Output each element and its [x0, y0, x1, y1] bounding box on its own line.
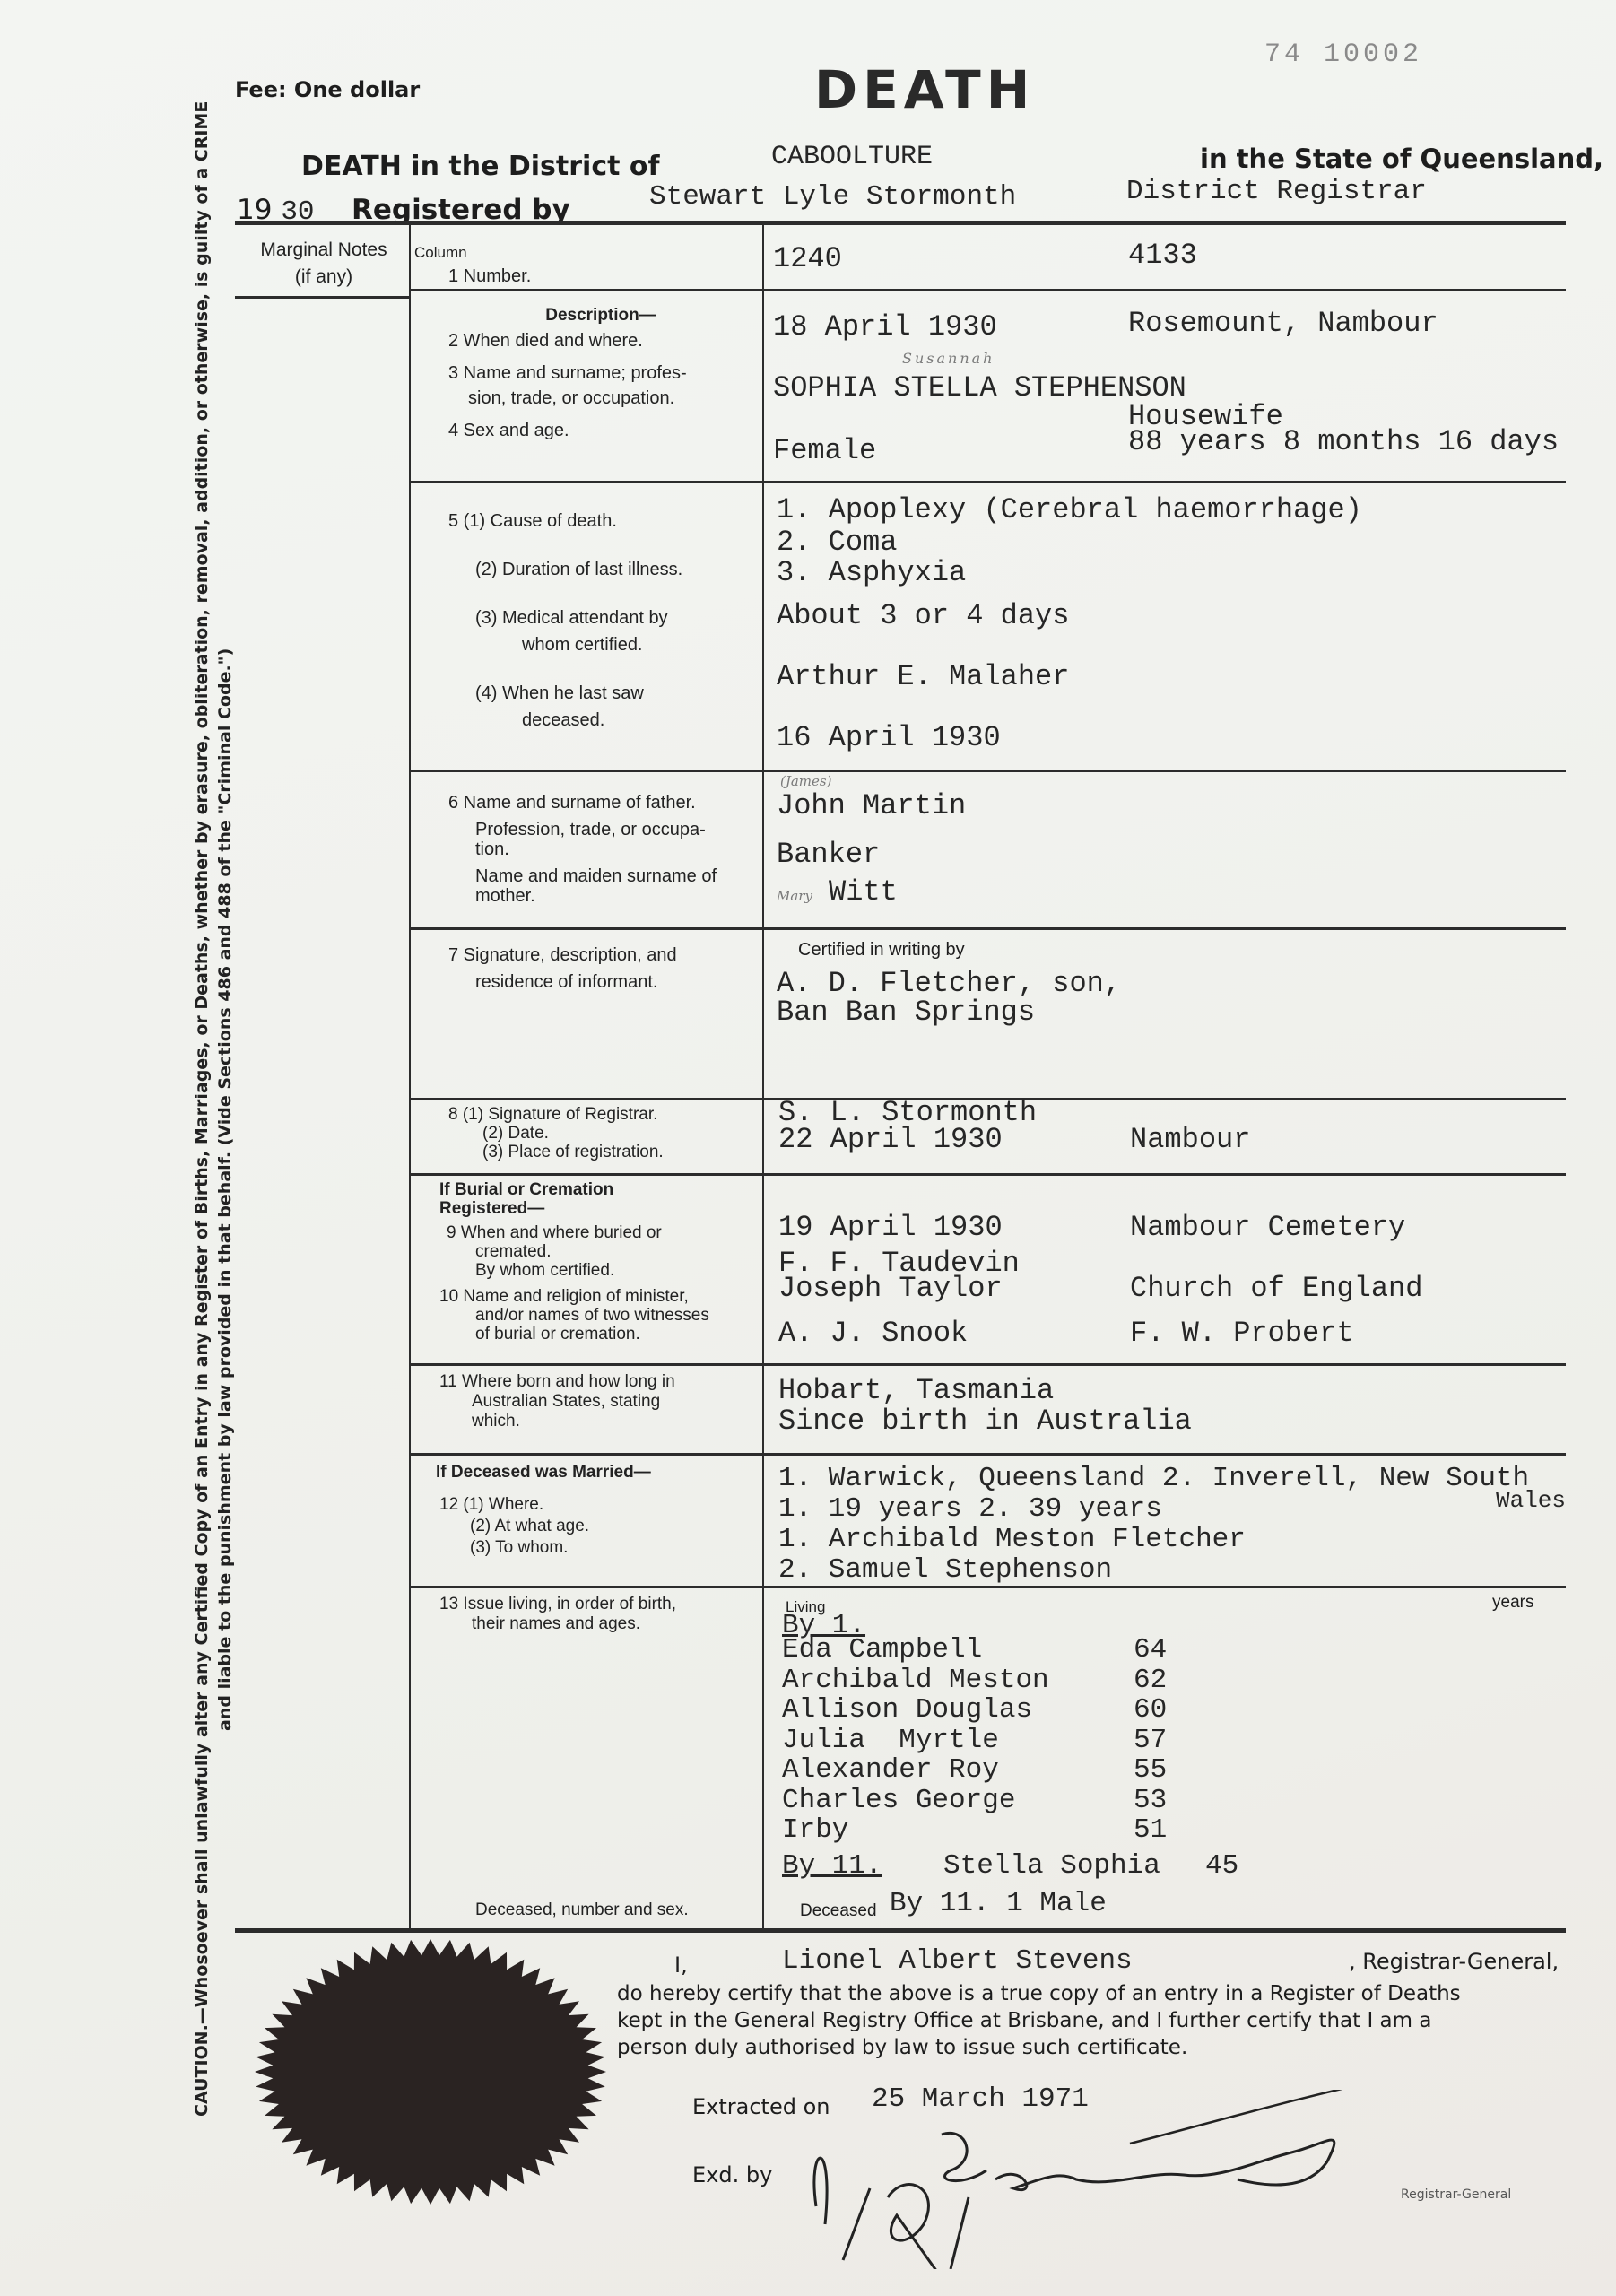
table-top-rule [235, 221, 1566, 225]
label-witnesses: and/or names of two witnesses [439, 1306, 753, 1325]
marginal-notes-label: Marginal Notes [248, 237, 400, 264]
burial-heading: If Burial or Cremation [439, 1180, 753, 1199]
child-row: Archibald Meston62 [782, 1665, 1230, 1695]
cert-line-2: kept in the General Registry Office at B… [617, 2007, 1461, 2034]
label-marriage-whom: (3) To whom. [436, 1537, 750, 1559]
label-deceased-issue: Deceased, number and sex. [475, 1898, 689, 1923]
time-in-australia: Since birth in Australia [778, 1406, 1192, 1437]
label-issue: 13 Issue living, in order of birth, [439, 1595, 753, 1614]
registrar-general-name: Lionel Albert Stevens [782, 1948, 1133, 1975]
label-minister: 10 Name and religion of minister, [439, 1287, 753, 1306]
label-mother: Name and maiden surname of [448, 866, 753, 886]
child-age: 53 [1134, 1785, 1167, 1816]
child-row: Charles George53 [782, 1785, 1230, 1815]
label-burial: 9 When and where buried or [439, 1223, 753, 1242]
label-marriage-where: 12 (1) Where. [436, 1494, 750, 1516]
row6-labels: 6 Name and surname of father. Profession… [448, 793, 753, 906]
label-name: 3 Name and surname; profes- [448, 361, 753, 386]
registration-date: 22 April 1930 [778, 1125, 1003, 1155]
cert-line-3: person duly authorised by law to issue s… [617, 2034, 1461, 2061]
label-mother-cont: mother. [448, 886, 753, 906]
row-rule [411, 770, 1566, 772]
state-label: in the State of Queensland, [1200, 143, 1603, 174]
registrar-signature-icon [789, 2090, 1560, 2269]
child-age: 64 [1134, 1634, 1167, 1665]
exd-by-label: Exd. by [692, 2161, 772, 2188]
caution-line-1: CAUTION.—Whosoever shall unlawfully alte… [190, 126, 213, 2117]
label-father-occupation-cont: tion. [448, 839, 753, 859]
child-age: 57 [1134, 1725, 1167, 1756]
certified-label: Certified in writing by [798, 940, 965, 961]
child-name: Eda Campbell [782, 1634, 982, 1665]
marginal-notes-sub: (if any) [248, 264, 400, 291]
row9-10-labels: If Burial or Cremation Registered— 9 Whe… [439, 1180, 753, 1344]
registered-by-value: Stewart Lyle Stormonth [649, 181, 1016, 213]
column-label: Column [414, 240, 467, 265]
row12-labels: If Deceased was Married— 12 (1) Where. (… [436, 1462, 750, 1559]
label-sex-age: 4 Sex and age. [448, 418, 753, 443]
label-cause: 5 (1) Cause of death. [448, 508, 753, 535]
death-date: 18 April 1930 [773, 312, 997, 343]
marriage-places-cont: Wales [1496, 1485, 1566, 1516]
marriage-ages: 1. 19 years 2. 39 years [778, 1494, 1162, 1525]
label-last-seen-cont: deceased. [448, 707, 753, 734]
label-informant: 7 Signature, description, and [448, 942, 753, 969]
label-marriage-age: (2) At what age. [436, 1516, 750, 1537]
column-divider-labels [762, 224, 764, 1928]
label-birthplace: 11 Where born and how long in [439, 1372, 753, 1392]
cert-i: I, [674, 1952, 688, 1979]
label-father: 6 Name and surname of father. [448, 793, 753, 813]
burial-heading-cont: Registered— [439, 1199, 753, 1218]
label-witnesses-cont: of burial or cremation. [439, 1325, 753, 1344]
minister-religion: Church of England [1130, 1274, 1422, 1304]
birthplace: Hobart, Tasmania [778, 1376, 1054, 1406]
deceased-issue: By 11. 1 Male [890, 1889, 1107, 1919]
mother-annotation: Mary [777, 888, 812, 904]
label-registration-place: (3) Place of registration. [448, 1143, 753, 1161]
cause-1: 1. Apoplexy (Cerebral haemorrhage) [777, 495, 1362, 526]
burial-place: Nambour Cemetery [1130, 1213, 1405, 1243]
fee-label: Fee: One dollar [235, 77, 420, 102]
child-second-age: 45 [1205, 1851, 1238, 1882]
mother-name: Witt [829, 877, 898, 908]
witness-1: A. J. Snook [778, 1318, 968, 1349]
description-heading: Description— [448, 303, 753, 328]
child-age: 51 [1134, 1814, 1167, 1846]
issue-group-second-marriage: By 11. [782, 1851, 882, 1882]
father-name: John Martin [777, 791, 966, 822]
row13-labels: 13 Issue living, in order of birth, thei… [439, 1595, 753, 1634]
deceased-sex: Female [773, 436, 876, 466]
row-rule [411, 1453, 1566, 1456]
label-registration-date: (2) Date. [448, 1124, 753, 1143]
minister-name: Joseph Taylor [778, 1274, 1003, 1304]
label-medical-cont: whom certified. [448, 631, 753, 658]
illness-duration: About 3 or 4 days [777, 601, 1069, 631]
medical-attendant: Arthur E. Malaher [777, 662, 1069, 692]
serial-number: 74 10002 [1264, 39, 1422, 70]
row5-labels: 5 (1) Cause of death. (2) Duration of la… [448, 508, 753, 734]
label-name-cont: sion, trade, or occupation. [448, 386, 753, 411]
burial-date: 19 April 1930 [778, 1213, 1003, 1243]
child-row: Irby51 [782, 1814, 1230, 1845]
district-value: CABOOLTURE [771, 142, 933, 172]
row-rule [235, 296, 409, 299]
entry-number: 1240 [773, 244, 842, 274]
child-age: 55 [1134, 1754, 1167, 1786]
row-rule [411, 1173, 1566, 1176]
caution-notice: CAUTION.—Whosoever shall unlawfully alte… [190, 126, 237, 2117]
label-issue-cont: their names and ages. [439, 1614, 753, 1634]
certification-text: do hereby certify that the above is a tr… [617, 1980, 1461, 2061]
death-place: Rosemount, Nambour [1128, 309, 1438, 339]
row2-4-labels: Description— 2 When died and where. 3 Na… [448, 303, 753, 443]
child-name: Julia Myrtle [782, 1725, 999, 1756]
label-father-occupation: Profession, trade, or occupa- [448, 820, 753, 839]
child-row: Allison Douglas60 [782, 1694, 1230, 1725]
row-rule [411, 1363, 1566, 1366]
label-duration: (2) Duration of last illness. [448, 556, 753, 583]
child-age: 60 [1134, 1694, 1167, 1726]
informant-residence: Ban Ban Springs [777, 997, 1035, 1028]
child-name: Allison Douglas [782, 1694, 1032, 1726]
label-medical: (3) Medical attendant by [448, 604, 753, 631]
marriage-places: 1. Warwick, Queensland 2. Inverell, New … [778, 1464, 1529, 1494]
label-when-died: 2 When died and where. [448, 328, 753, 353]
deceased-name: SOPHIA STELLA STEPHENSON [773, 373, 1186, 404]
registration-place: Nambour [1130, 1125, 1250, 1155]
child-name: Charles George [782, 1785, 1015, 1816]
father-occupation: Banker [777, 839, 880, 870]
caution-line-2: and liable to the punishment by law prov… [213, 126, 237, 2117]
last-seen-date: 16 April 1930 [777, 723, 1001, 753]
witness-2: F. W. Probert [1130, 1318, 1354, 1349]
registrar-role: District Registrar [1126, 176, 1427, 207]
row8-labels: 8 (1) Signature of Registrar. (2) Date. … [448, 1105, 753, 1161]
label-last-seen: (4) When he last saw [448, 680, 753, 707]
label-birthplace-cont2: which. [439, 1412, 753, 1431]
cause-2: 2. Coma [777, 527, 897, 558]
row-rule [411, 289, 1566, 291]
row11-labels: 11 Where born and how long in Australian… [439, 1372, 753, 1431]
informant-name: A. D. Fletcher, son, [777, 969, 1121, 999]
official-seal-icon [251, 1937, 610, 2206]
label-burial-cont: cremated. [439, 1242, 753, 1261]
row1-label: 1 Number. [448, 264, 531, 289]
name-annotation: Susannah [902, 350, 995, 367]
deceased-prefix: Deceased [800, 1901, 877, 1921]
father-annotation: (James) [780, 773, 831, 789]
column-divider-notes [409, 224, 411, 1928]
row-rule [411, 481, 1566, 483]
district-label: DEATH in the District of [301, 151, 660, 182]
table-bottom-rule [235, 1928, 1566, 1933]
child-name: Archibald Meston [782, 1665, 1049, 1696]
child-name: Irby [782, 1814, 848, 1846]
row-rule [411, 1586, 1566, 1588]
child-row: Alexander Roy55 [782, 1754, 1230, 1785]
child-row: Eda Campbell64 [782, 1634, 1230, 1665]
label-certified-by: By whom certified. [439, 1261, 753, 1280]
spouse-1: 1. Archibald Meston Fletcher [778, 1525, 1246, 1555]
row7-labels: 7 Signature, description, and residence … [448, 942, 753, 996]
register-number: 4133 [1128, 240, 1197, 271]
child-name: Alexander Roy [782, 1754, 999, 1786]
child-age: 62 [1134, 1665, 1167, 1696]
label-informant-cont: residence of informant. [448, 969, 753, 996]
deceased-age: 88 years 8 months 16 days [1128, 427, 1559, 457]
cert-line-1: do hereby certify that the above is a tr… [617, 1980, 1461, 2007]
row-rule [411, 927, 1566, 930]
married-heading: If Deceased was Married— [436, 1462, 750, 1483]
label-birthplace-cont: Australian States, stating [439, 1392, 753, 1412]
registrar-general-title: , Registrar-General, [1349, 1948, 1559, 1975]
document-title: DEATH [814, 59, 1035, 120]
marginal-notes-header: Marginal Notes (if any) [248, 237, 400, 291]
years-label: years [1492, 1593, 1533, 1613]
label-registrar-signature: 8 (1) Signature of Registrar. [448, 1105, 753, 1124]
child-row: Julia Myrtle57 [782, 1725, 1230, 1755]
cause-3: 3. Asphyxia [777, 558, 966, 588]
child-second-name: Stella Sophia [943, 1851, 1160, 1882]
spouse-2: 2. Samuel Stephenson [778, 1555, 1112, 1586]
